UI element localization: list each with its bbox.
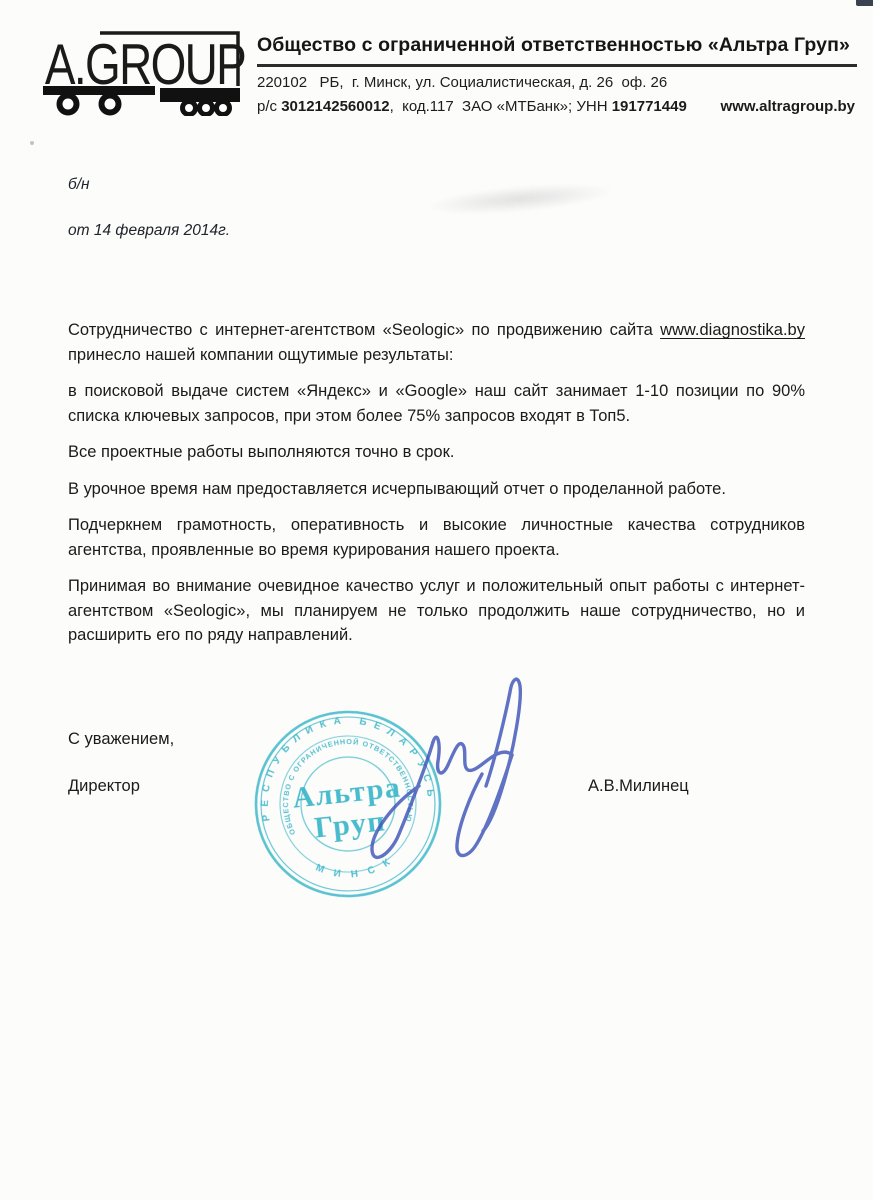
closing-position: Директор: [68, 777, 140, 795]
scan-artifact-smudge: [424, 178, 616, 220]
paragraph-staff-quality: Подчеркнем грамотность, оперативность и …: [68, 513, 805, 562]
letter-body: Сотрудничество с интернет-агентством «Se…: [68, 318, 805, 660]
bank-middle: , код.117 ЗАО «МТБанк»; УНН: [390, 98, 612, 115]
reference-block: б/н от 14 февраля 2014г.: [68, 176, 230, 240]
paragraph-future-plans: Принимая во внимание очевидное качество …: [68, 574, 805, 648]
company-address: 220102 РБ, г. Минск, ул. Социалистическа…: [257, 74, 857, 91]
signature-icon: [330, 664, 535, 884]
scanned-letter-page: A.GROUP Общество с ограниченной ответств…: [0, 0, 873, 1200]
company-bank-line: р/с 3012142560012, код.117 ЗАО «МТБанк»;…: [257, 98, 857, 115]
scan-artifact-corner: [856, 0, 873, 6]
director-name: А.В.Милинец: [588, 777, 689, 796]
company-website: www.altragroup.by: [721, 98, 857, 115]
paragraph-1-tail: принесло нашей компании ощутимые результ…: [68, 346, 453, 364]
bank-prefix: р/с: [257, 98, 281, 115]
paragraph-search-results: в поисковой выдаче систем «Яндекс» и «Go…: [68, 379, 805, 428]
paragraph-reports: В урочное время нам предоставляется исче…: [68, 477, 805, 502]
paragraph-cooperation: Сотрудничество с интернет-агентством «Se…: [68, 318, 805, 367]
paragraph-deadlines: Все проектные работы выполняются точно в…: [68, 440, 805, 465]
company-logo: A.GROUP: [40, 26, 245, 121]
scan-artifact-dot: [30, 141, 34, 145]
reference-date: от 14 февраля 2014г.: [68, 222, 230, 240]
letterhead: A.GROUP Общество с ограниченной ответств…: [40, 26, 857, 121]
director-signature: [330, 664, 535, 884]
bank-unn-number: 191771449: [612, 98, 687, 115]
reference-number: б/н: [68, 176, 230, 194]
paragraph-1-text: Сотрудничество с интернет-агентством «Se…: [68, 321, 660, 339]
diagnostika-link[interactable]: www.diagnostika.by: [660, 321, 805, 339]
bank-account-number: 3012142560012: [281, 98, 389, 115]
letterhead-text-block: Общество с ограниченной ответственностью…: [257, 26, 857, 121]
company-name: Общество с ограниченной ответственностью…: [257, 34, 857, 67]
truck-logo-icon: A.GROUP: [40, 26, 245, 116]
